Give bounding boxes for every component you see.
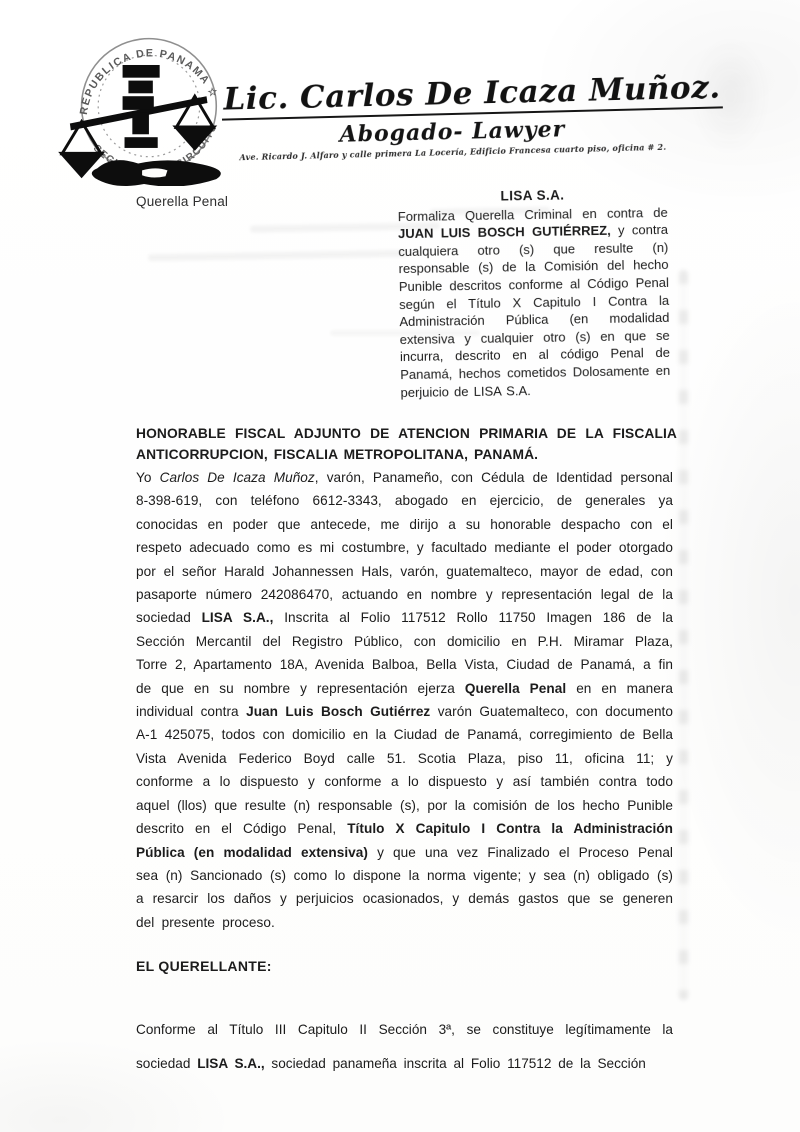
lawyer-name: Lic. Carlos De Icaza Muñoz. (221, 69, 723, 120)
body-paragraph: Yo Carlos De Icaza Muñoz, varón, Panameñ… (136, 466, 673, 934)
addressee-heading: HONORABLE FISCAL ADJUNTO DE ATENCION PRI… (136, 423, 677, 465)
document-type-label: Querella Penal (136, 194, 228, 209)
bleedthrough-streak (679, 270, 688, 1000)
notary-seal: REPUBLICA DE PANAMA ☆ SEGUNDA DEL CIRCUI… (48, 24, 244, 186)
closing-paragraph: Conforme al Título III Capitulo II Secci… (136, 1013, 673, 1081)
case-summary: Formaliza Querella Criminal en contra de… (398, 203, 671, 401)
bleedthrough-mark (148, 250, 408, 262)
document-page: REPUBLICA DE PANAMA ☆ SEGUNDA DEL CIRCUI… (0, 0, 800, 1132)
scales-of-justice-icon (58, 65, 221, 186)
case-caption: LISA S.A. Formaliza Querella Criminal en… (397, 185, 670, 401)
querellante-heading: EL QUERELLANTE: (136, 958, 272, 974)
letterhead-text: Lic. Carlos De Icaza Muñoz. Abogado- Law… (221, 70, 683, 162)
